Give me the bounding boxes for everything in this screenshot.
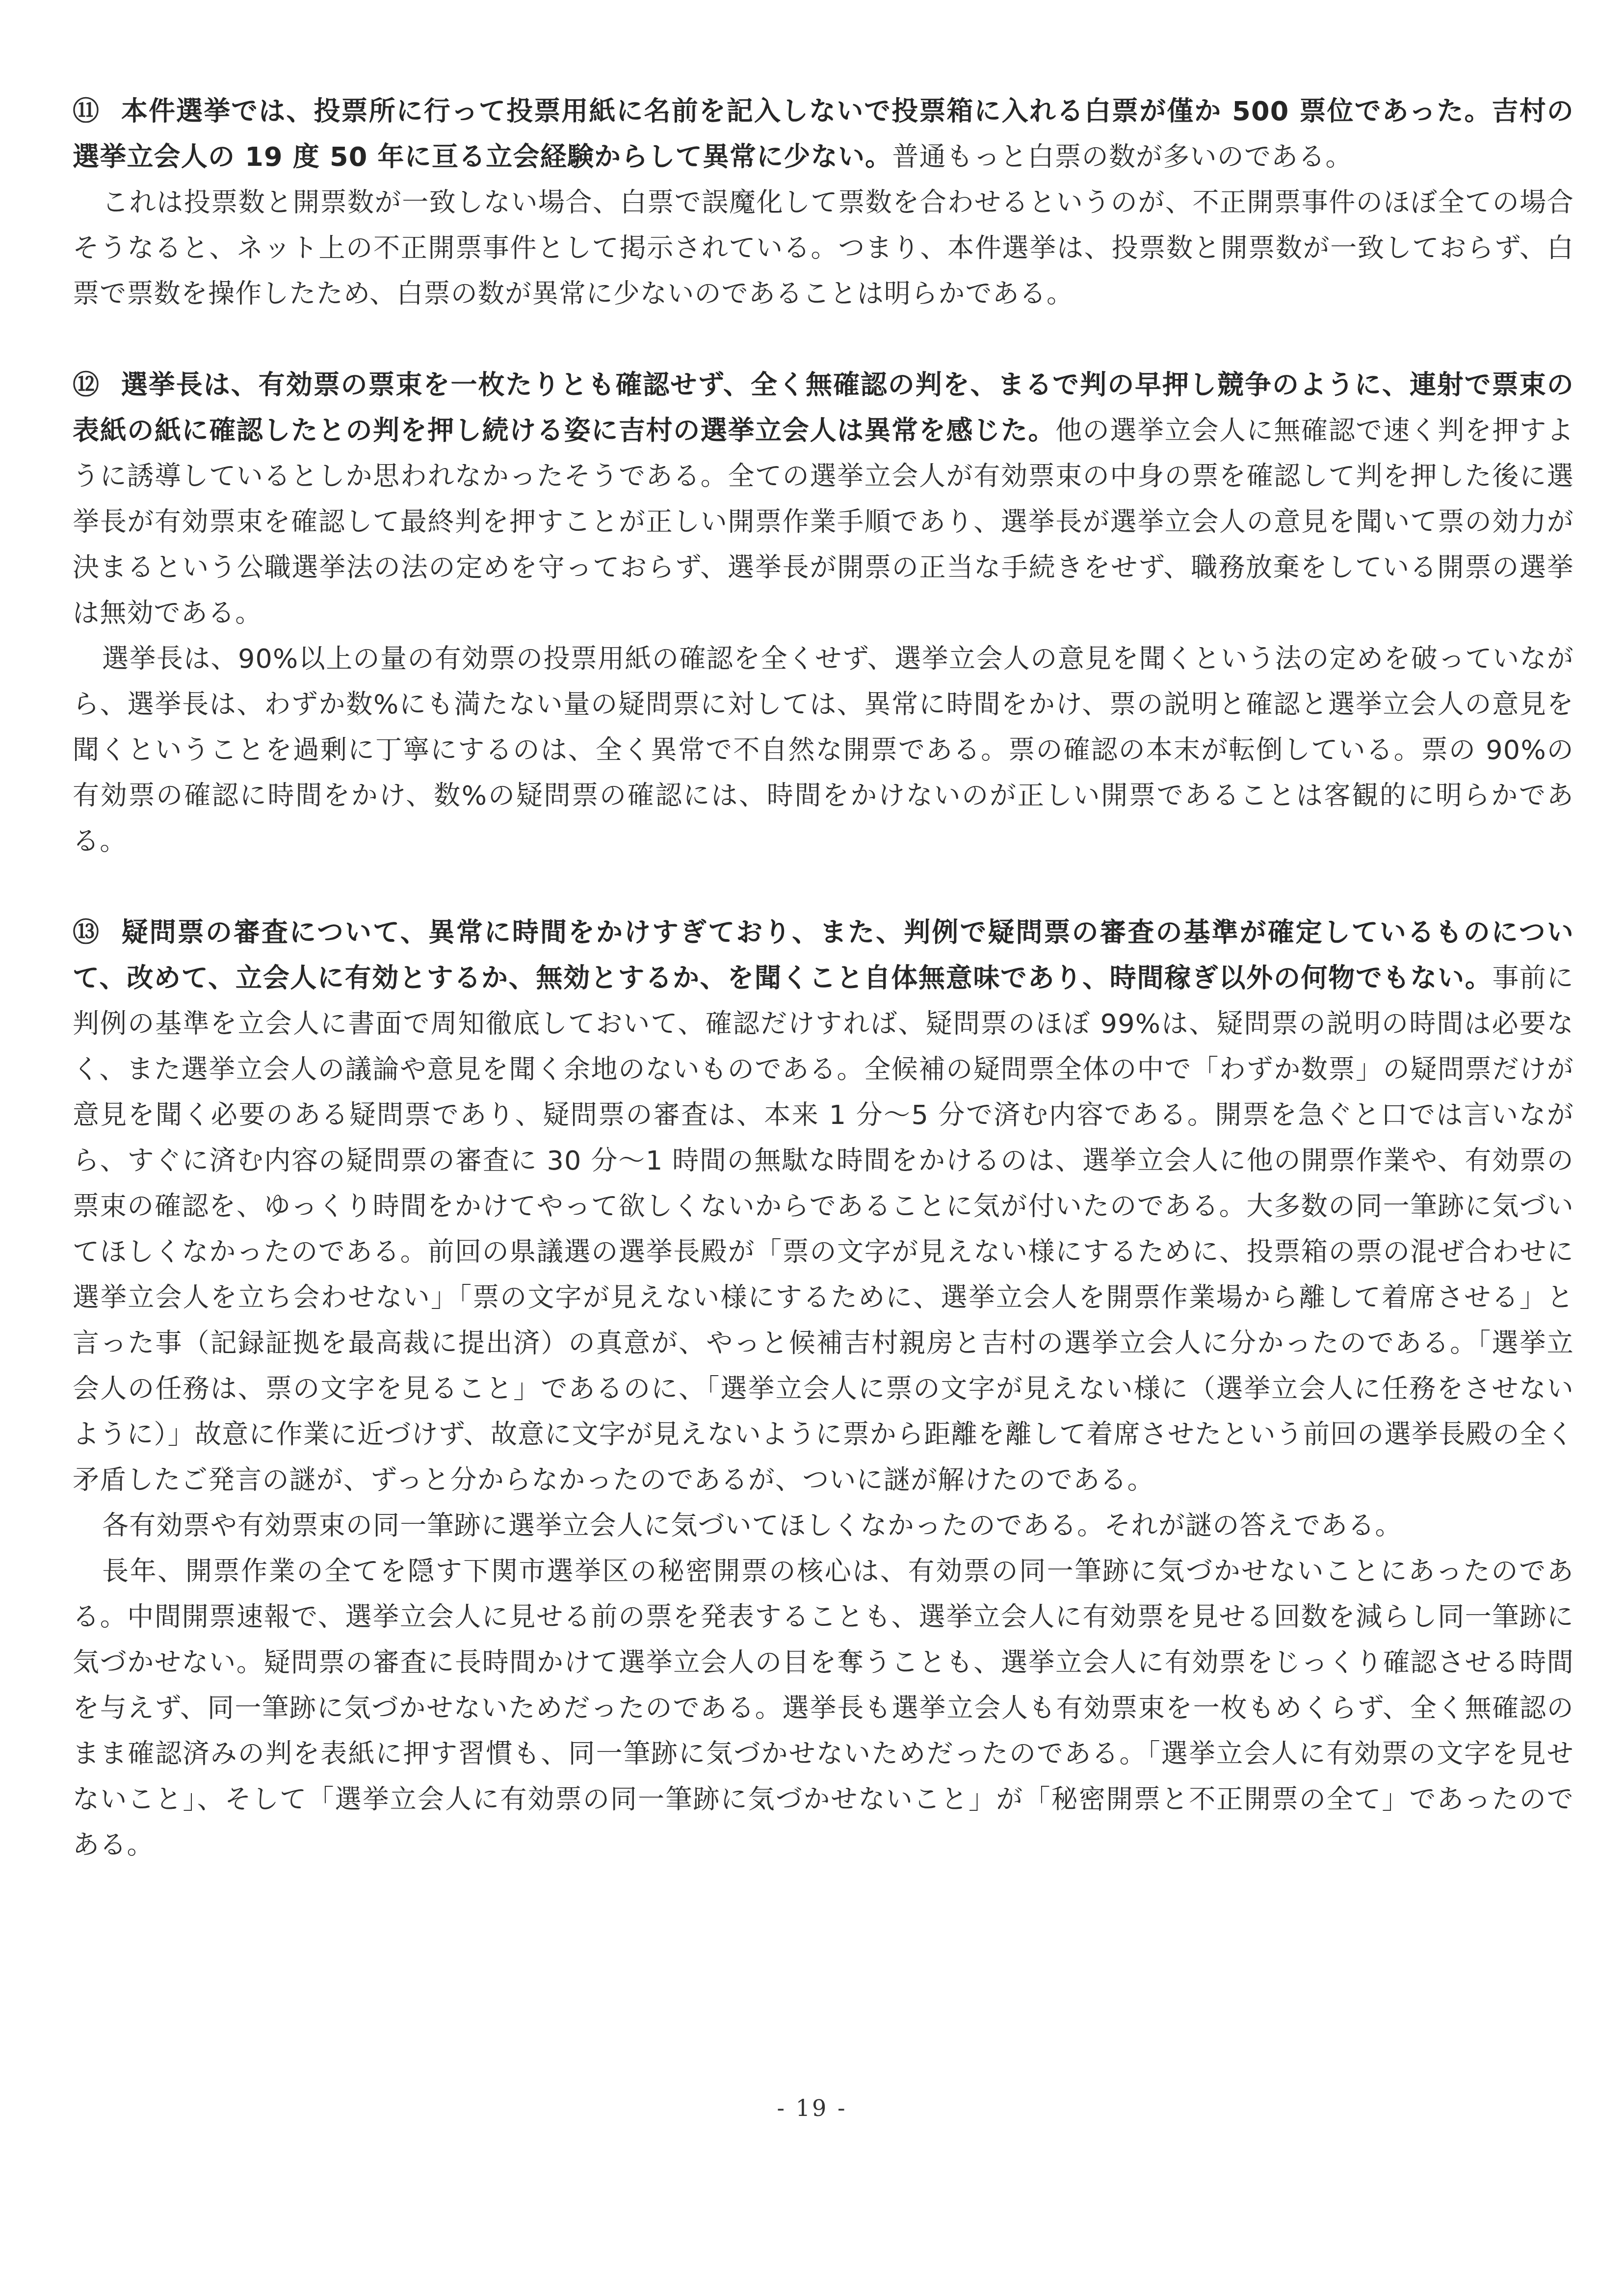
- body-text: 選挙長は、90%以上の量の有効票の投票用紙の確認を全くせず、選挙立会人の意見を聞…: [73, 643, 1574, 857]
- section-12-paragraph-2: 選挙長は、90%以上の量の有効票の投票用紙の確認を全くせず、選挙立会人の意見を聞…: [73, 636, 1574, 864]
- section-13-paragraph-1: ⑬疑問票の審査について、異常に時間をかけすぎており、また、判例で疑問票の審査の基…: [73, 910, 1574, 1503]
- section-13-paragraph-3: 長年、開票作業の全てを隠す下関市選挙区の秘密開票の核心は、有効票の同一筆跡に気づ…: [73, 1548, 1574, 1868]
- body-text: これは投票数と開票数が一致しない場合、白票で誤魔化して票数を合わせるというのが、…: [73, 187, 1574, 309]
- body-text: 事前に判例の基準を立会人に書面で周知徹底しておいて、確認だけすれば、疑問票のほぼ…: [73, 963, 1574, 1495]
- section-lead-bold: 疑問票の審査について、異常に時間をかけすぎており、また、判例で疑問票の審査の基準…: [73, 917, 1574, 993]
- section-12: ⑫選挙長は、有効票の票束を一枚たりとも確認せず、全く無確認の判を、まるで判の早押…: [73, 362, 1574, 864]
- body-text: 長年、開票作業の全てを隠す下関市選挙区の秘密開票の核心は、有効票の同一筆跡に気づ…: [73, 1556, 1574, 1860]
- section-number: ⑬: [73, 910, 121, 955]
- section-11-paragraph-1: ⑪本件選挙では、投票所に行って投票用紙に名前を記入しないで投票箱に入れる白票が僅…: [73, 88, 1574, 180]
- body-text: 普通もっと白票の数が多いのである。: [892, 141, 1352, 172]
- document-page: ⑪本件選挙では、投票所に行って投票用紙に名前を記入しないで投票箱に入れる白票が僅…: [73, 88, 1574, 1868]
- section-number: ⑪: [73, 88, 121, 134]
- body-text: 他の選挙立会人に無確認で速く判を押すように誘導しているとしか思われなかったそうで…: [73, 415, 1574, 628]
- page-number: - 19 -: [0, 2095, 1624, 2121]
- body-text: 各有効票や有効票束の同一筆跡に選挙立会人に気づいてほしくなかったのである。それが…: [102, 1510, 1402, 1541]
- section-11-paragraph-2: これは投票数と開票数が一致しない場合、白票で誤魔化して票数を合わせるというのが、…: [73, 180, 1574, 316]
- section-11: ⑪本件選挙では、投票所に行って投票用紙に名前を記入しないで投票箱に入れる白票が僅…: [73, 88, 1574, 316]
- section-number: ⑫: [73, 362, 121, 408]
- section-13: ⑬疑問票の審査について、異常に時間をかけすぎており、また、判例で疑問票の審査の基…: [73, 910, 1574, 1868]
- section-13-paragraph-2: 各有効票や有効票束の同一筆跡に選挙立会人に気づいてほしくなかったのである。それが…: [73, 1503, 1574, 1548]
- section-12-paragraph-1: ⑫選挙長は、有効票の票束を一枚たりとも確認せず、全く無確認の判を、まるで判の早押…: [73, 362, 1574, 636]
